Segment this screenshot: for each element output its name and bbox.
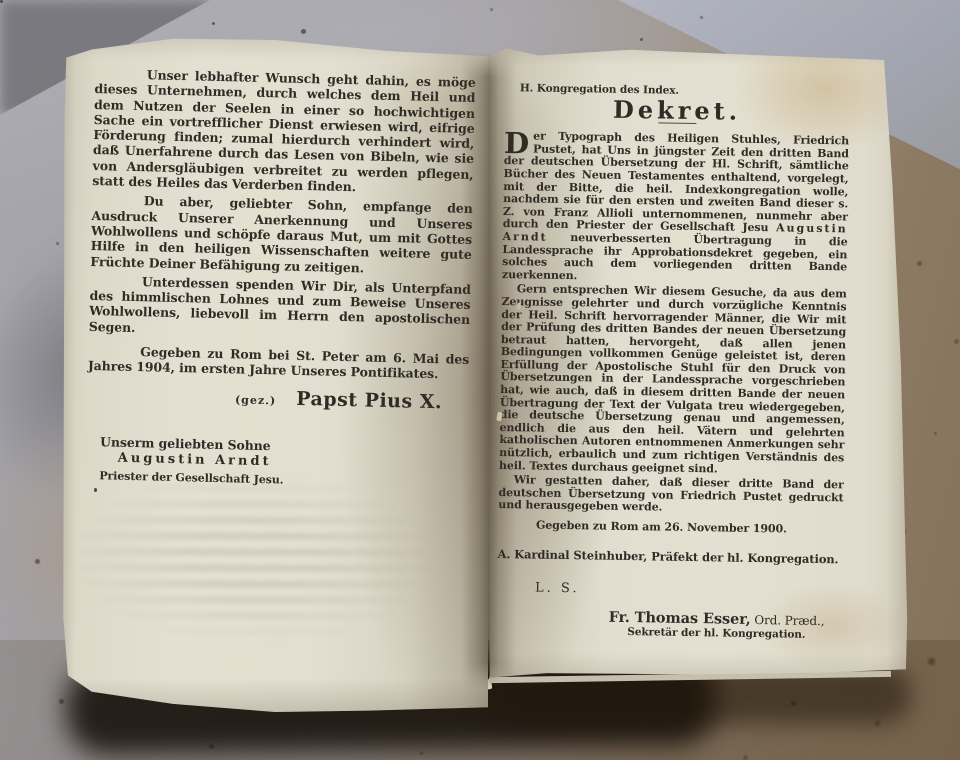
- decree-paragraph-2: Gern entsprechen Wir diesem Gesuche, da …: [499, 283, 847, 477]
- cardinal-signature: A. Kardinal Steinhuber, Präfekt der hl. …: [497, 548, 842, 566]
- papal-signature: Papst Pius X.: [296, 387, 442, 412]
- decree-paragraph-1-continued: neuverbesserten Übertragung in die Lande…: [502, 231, 848, 282]
- drop-cap-initial: D: [504, 130, 533, 155]
- secretary-order: Ord. Præd.,: [754, 613, 824, 628]
- paragraph-son: Du aber, geliebter Sohn, empfange den Au…: [90, 192, 473, 277]
- secretary-role: Sekretär der hl. Kongregation.: [596, 626, 836, 642]
- photo-open-book-on-stone: Unser lebhafter Wunsch geht dahin, es mö…: [0, 0, 960, 760]
- paragraph-wish: Unser lebhafter Wunsch geht dahin, es mö…: [92, 66, 476, 197]
- left-page-text: Unser lebhafter Wunsch geht dahin, es mö…: [85, 66, 476, 492]
- secretary-name: Fr. Thomas Esser,: [609, 608, 751, 627]
- fly-speck: [94, 488, 97, 492]
- address-block: Unserm geliebten Sohne Augustin Arndt Pr…: [99, 434, 467, 492]
- right-page-text: H. Kongregation des Index. Dekret. Der T…: [496, 82, 850, 642]
- stone-speckles: [0, 0, 3, 3]
- seal-mark: L. S.: [535, 583, 842, 600]
- papal-signature-line: (gez.)Papst Pius X.: [87, 387, 468, 413]
- secretary-signature-block: Fr. Thomas Esser, Ord. Præd., Sekretär d…: [596, 611, 836, 642]
- decree-paragraph-1-text: er Typograph des Heiligen Stuhles, Fried…: [503, 130, 850, 235]
- signature-prefix: (gez.): [235, 393, 276, 407]
- decree-paragraph-1: Der Typograph des Heiligen Stuhles, Frie…: [502, 130, 849, 287]
- decree-dateline: Gegeben zu Rom am 26. November 1900.: [498, 519, 843, 537]
- left-page: Unser lebhafter Wunsch geht dahin, es mö…: [62, 36, 488, 712]
- decree-paragraph-3: Wir gestatten daher, daß dieser dritte B…: [498, 474, 844, 517]
- right-page: H. Kongregation des Index. Dekret. Der T…: [488, 44, 908, 684]
- paragraph-blessing: Unterdessen spenden Wir Dir, als Unterpf…: [89, 273, 471, 343]
- paragraph-dateline-rome-1904: Gegeben zu Rom bei St. Peter am 6. Mai d…: [88, 343, 470, 383]
- decree-title: Dekret.: [504, 102, 849, 120]
